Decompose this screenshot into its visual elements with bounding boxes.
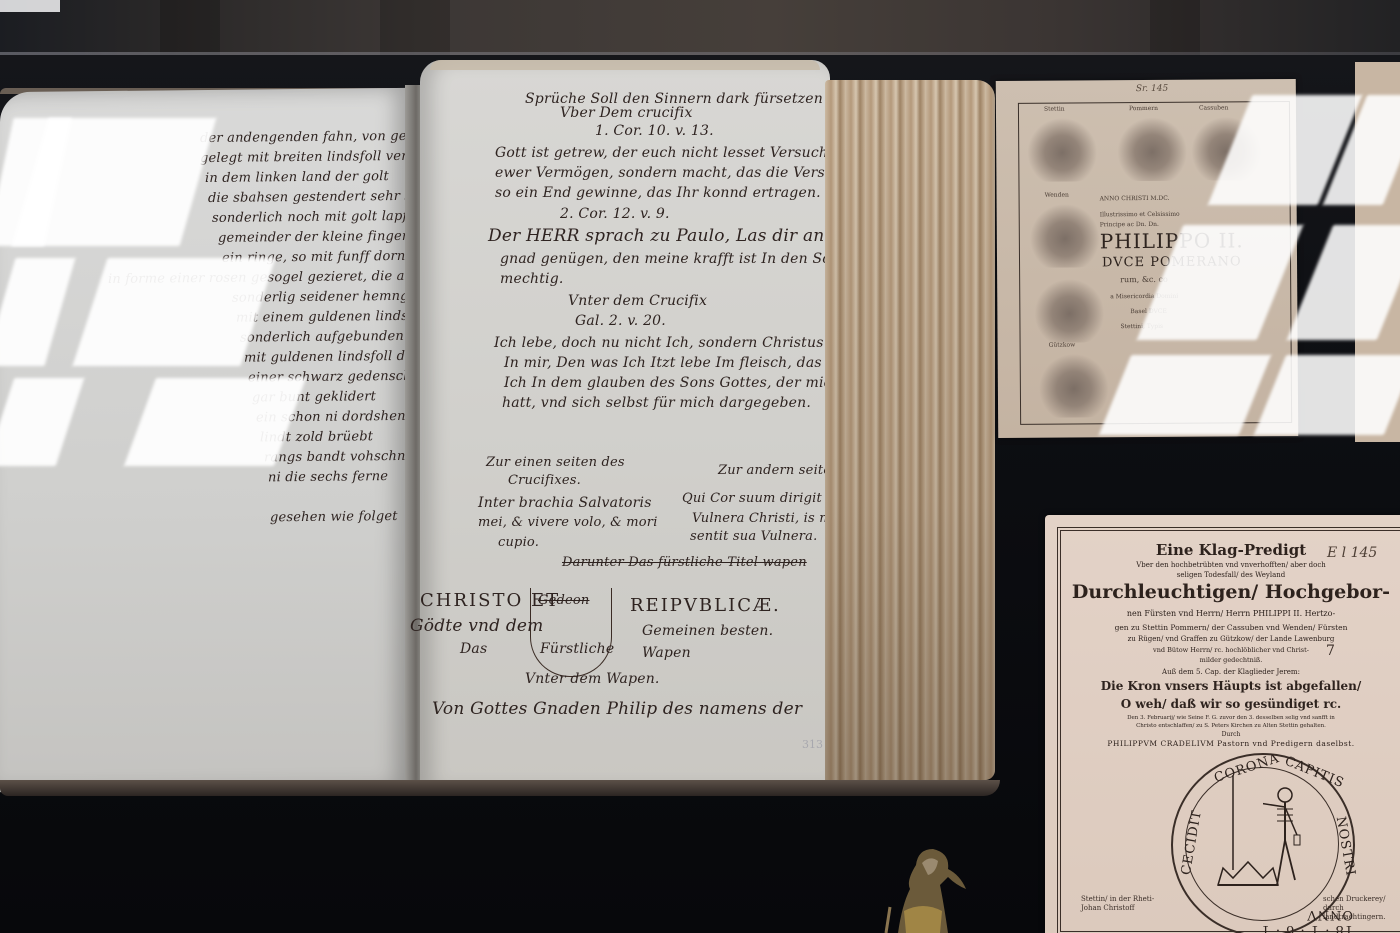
pamphlet-text: Principe ac Dn. Dn. [1100, 221, 1159, 228]
pamphlet-text: gen zu Stettin Pommern/ der Cassuben vnd… [1061, 623, 1400, 632]
page-number: 313 [802, 738, 823, 751]
struck-heading: Darunter Das fürstliche Titel wapen [562, 552, 807, 574]
crest-label: Wenden [1045, 192, 1069, 199]
distant-window [0, 0, 60, 12]
verse-line: Ich lebe, doch nu nicht Ich, sondern Chr… [494, 332, 865, 354]
margin-mark: 7 [1326, 643, 1335, 659]
german-line: Gemeinen besten. [642, 620, 773, 642]
colophon-line: schen Druckerey/ durch [1323, 895, 1400, 913]
shield-line: Wapen [642, 642, 691, 664]
coat-of-arms-icon [1027, 117, 1097, 181]
latin-line: Inter brachia Salvatoris [478, 492, 652, 514]
colophon-line: Stettin/ in der Rheti- [1081, 895, 1154, 904]
crest-label: Gützkow [1049, 342, 1076, 349]
ornamental-border: Eine Klag-Predigt Vber den hochbetrübten… [1057, 527, 1400, 933]
scripture-ref: 1. Cor. 10. v. 13. [595, 120, 714, 142]
column-heading: Crucifixes. [508, 470, 581, 492]
motto-right: REIPVBLICÆ. [630, 595, 781, 616]
spear-icon [1231, 775, 1235, 870]
under-wapen-line: Vnter dem Wapen. [525, 668, 660, 690]
colophon-right: schen Druckerey/ durch landtrachtingern. [1323, 895, 1400, 922]
fore-edge-shading [825, 80, 995, 780]
coat-of-arms-icon [1039, 353, 1109, 417]
right-page: Sprüche Soll den Sinnern dark fürsetzen … [420, 60, 830, 790]
reflection-pane [124, 378, 306, 466]
book-bottom-edge [0, 780, 1000, 796]
colophon-left: Stettin/ in der Rheti- Johan Christoff [1081, 895, 1154, 913]
crest-label: Pommern [1129, 105, 1158, 112]
verse-line: so ein End gewinne, das Ihr konnd ertrag… [495, 182, 821, 204]
right-page-top-edge [430, 60, 820, 70]
latin-line: cupio. [498, 532, 539, 554]
pamphlet-heading: Die Kron vnsers Häupts ist abgefallen/ [1061, 679, 1400, 693]
pamphlet-heading: O weh/ daß wir so gesündiget rc. [1061, 697, 1400, 711]
pamphlet-text: Illustrissimo et Celsissimo [1100, 211, 1180, 219]
latin-line: sentit sua Vulnera. [690, 526, 817, 548]
pamphlet-klag-predigt: E l 145 Eine Klag-Predigt Vber den hochb… [1045, 515, 1400, 933]
verse-line: mechtig. [500, 268, 564, 290]
coat-of-arms-icon [1034, 278, 1104, 342]
verse-line: ewer Vermögen, sondern macht, das die Ve… [495, 162, 879, 184]
room-pillar [380, 0, 450, 58]
coat-of-arms-icon [1030, 203, 1100, 267]
pamphlet-text: Den 3. Februarij/ wie Seine F. G. zuvor … [1061, 715, 1400, 721]
latin-line: mei, & vivere volo, & mori [478, 512, 658, 534]
scripture-ref: 2. Cor. 12. v. 9. [560, 203, 670, 225]
verse-line: hatt, vnd sich selbst für mich dargegebe… [502, 392, 811, 414]
gilt-statuette [878, 845, 968, 933]
shield-line: Das [460, 638, 487, 660]
room-pillar [160, 0, 220, 58]
pamphlet-text: seligen Todesfall/ des Weyland [1061, 571, 1400, 579]
shield-word: Fürstliche [540, 638, 614, 660]
pamphlet-text: Auß dem 5. Cap. der Klaglieder Jerem: [1061, 668, 1400, 676]
room-pillar [1150, 0, 1200, 58]
pamphlet-text: nen Fürsten vnd Herrn/ Herrn PHILIPPI II… [1061, 609, 1400, 618]
handwriting-line: gesehen wie folget [270, 506, 398, 529]
latin-line: Qui Cor suum dirigit ad [682, 488, 843, 510]
pamphlet-text: Vber den hochbetrübten vnd vnverhofften/… [1061, 561, 1400, 569]
pamphlet-text: ANNO CHRISTI M.DC. [1100, 195, 1170, 202]
colophon-line: landtrachtingern. [1323, 913, 1400, 922]
medallion-inner-ring [1185, 767, 1339, 921]
final-line: Von Gottes Gnaden Philip des namens der [432, 698, 802, 720]
pamphlet-heading: Durchleuchtigen/ Hochgebor- [1061, 581, 1400, 603]
room-background [0, 0, 1400, 58]
crest-label: Stettin [1044, 106, 1065, 113]
pamphlet-author: PHILIPPVM CRADELIVM Pastorn vnd Prediger… [1061, 739, 1400, 748]
column-heading: Zur andern seiten [718, 460, 840, 482]
coat-of-arms-icon [1117, 117, 1187, 181]
scripture-ref: Gal. 2. v. 20. [575, 310, 666, 332]
pamphlet-text: zu Rügen/ vnd Graffen zu Gützkow/ der La… [1061, 635, 1400, 643]
colophon-line: Johan Christoff [1081, 904, 1154, 913]
pamphlet-title: Eine Klag-Predigt [1061, 541, 1400, 559]
handwriting-line: ni die sechs ferne [268, 466, 388, 489]
pamphlet-text: vnd Bütow Herrn/ rc. hochlöblicher vnd C… [1061, 646, 1400, 654]
fallen-crown-icon [1213, 860, 1283, 890]
verse-line: In mir, Den was Ich Itzt lebe Im fleisch… [504, 352, 857, 374]
inventory-note: Sr. 145 [1136, 84, 1168, 94]
museum-display-photo: der andengenden fahn, von gesogt gelegt … [0, 0, 1400, 933]
pamphlet-text: milder gedechtniß. [1061, 656, 1400, 664]
reflection-pane [72, 258, 275, 366]
german-line: Gödte vnd dem [410, 615, 544, 637]
section-heading: Vnter dem Crucifix [568, 290, 707, 312]
pamphlet-text: Durch [1061, 731, 1400, 738]
crest-label: Cassuben [1199, 104, 1229, 111]
pamphlet-text: Christo entschlaffen/ zu S. Peters Kirch… [1061, 723, 1400, 729]
